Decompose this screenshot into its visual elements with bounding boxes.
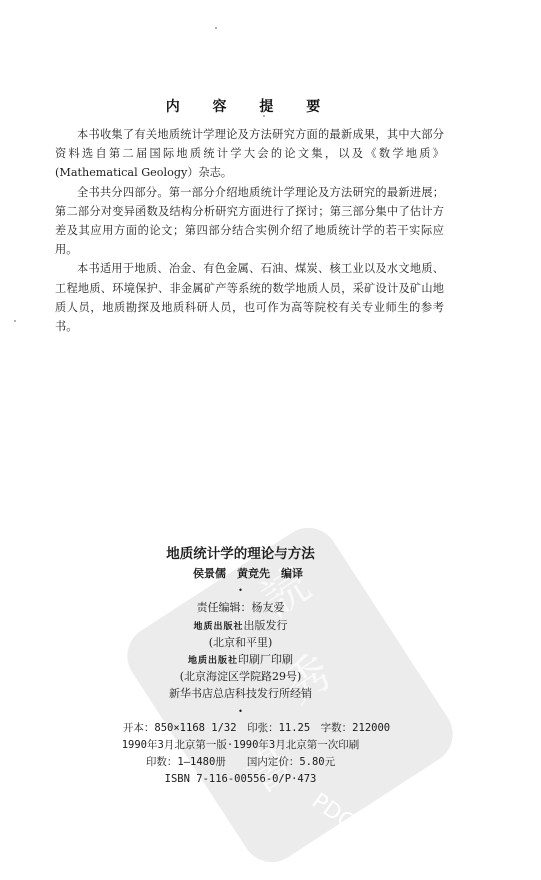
colophon: 地质统计学的理论与方法 侯景儒 黄竞先 编译 • 责任编辑：杨友爱 地质出版社出…	[0, 543, 541, 788]
isbn-line: ISBN 7-116-00556-0/P·473	[0, 771, 541, 788]
scan-speck	[215, 27, 217, 29]
publisher-logo: 地质出版社	[193, 622, 243, 632]
scan-speck	[14, 320, 16, 322]
separator-bullet: •	[0, 703, 541, 720]
publisher-action: 出版发行	[244, 619, 288, 632]
print-run-price-line: 印数：1—1480册 国内定价：5.80元	[0, 754, 541, 771]
publisher-line: 地质出版社出版发行	[0, 617, 541, 634]
printer-line: 地质出版社印刷厂印刷	[0, 651, 541, 668]
summary-paragraph: 本书收集了有关地质统计学理论及方法研究方面的最新成果，其中大部分资料选自第二届国…	[55, 125, 444, 183]
publisher-address: (北京和平里)	[0, 634, 541, 651]
printer-action: 印刷厂印刷	[238, 653, 293, 666]
summary-paragraph: 全书共分四部分。第一部分介绍地质统计学理论及方法研究的最新进展；第二部分对变异函…	[55, 183, 444, 260]
distributor: 新华书店总店科技发行所经销	[0, 685, 541, 702]
authors: 侯景儒 黄竞先 编译	[0, 565, 541, 582]
edition-line: 1990年3月北京第一版·1990年3月北京第一次印刷	[0, 737, 541, 754]
format-line: 开本：850×1168 1/32 印张：11.25 字数：212000	[0, 720, 541, 737]
book-title: 地质统计学的理论与方法	[0, 543, 541, 565]
printer-address: (北京海淀区学院路29号)	[0, 668, 541, 685]
editor: 责任编辑：杨友爱	[0, 599, 541, 616]
summary-paragraph: 本书适用于地质、冶金、有色金属、石油、煤炭、核工业以及水文地质、工程地质、环境保…	[55, 259, 444, 336]
summary-title: 内 容 提 要	[0, 96, 500, 116]
printer-logo: 地质出版社	[188, 656, 238, 666]
summary-body: 本书收集了有关地质统计学理论及方法研究方面的最新成果，其中大部分资料选自第二届国…	[55, 125, 444, 336]
separator-bullet: •	[0, 582, 541, 599]
